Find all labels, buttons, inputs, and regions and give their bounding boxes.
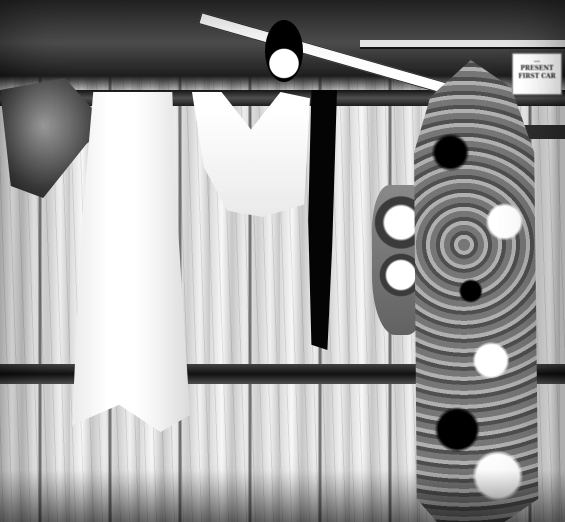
newspaper-photo: ... PRESENT FIRST CAR <box>0 0 565 522</box>
vignette <box>0 0 565 522</box>
